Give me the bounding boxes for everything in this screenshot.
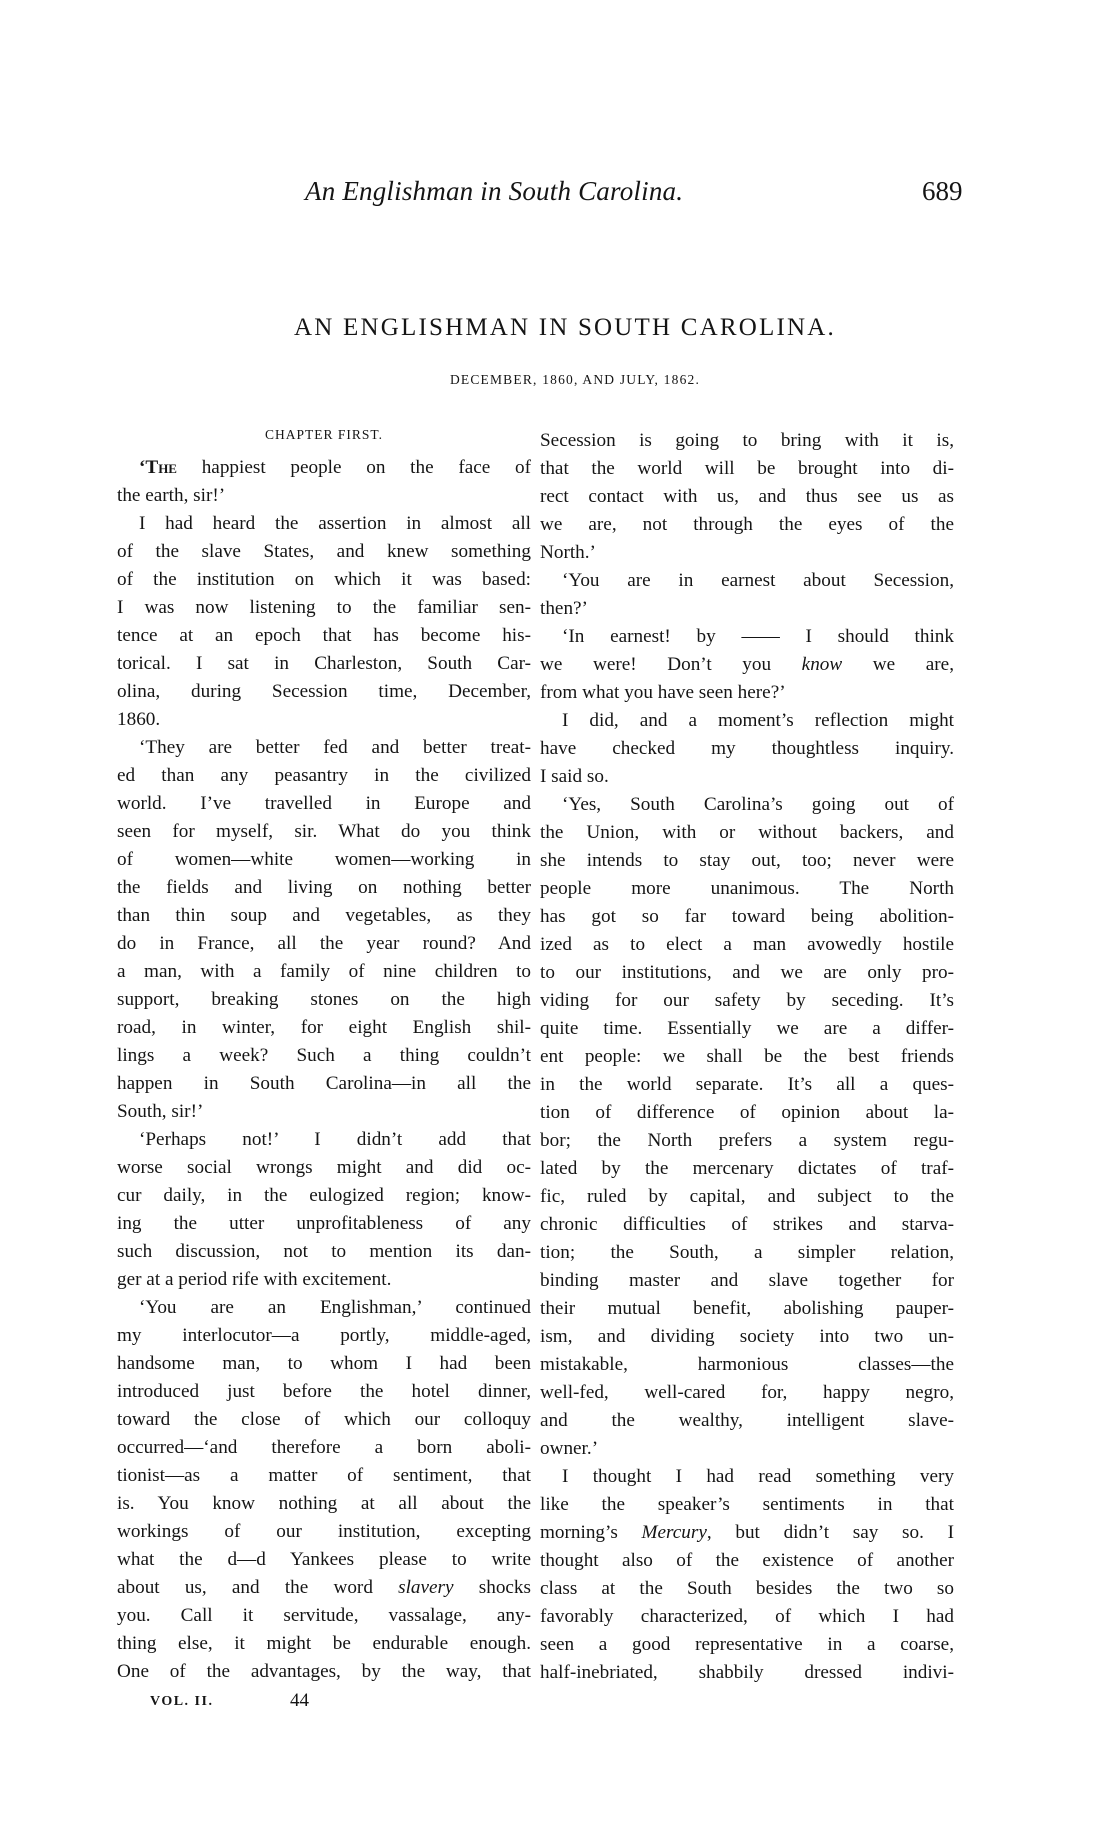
text-line: I was now listening to the familiar sen- bbox=[117, 594, 531, 622]
text-line: owner.’ bbox=[540, 1435, 954, 1463]
text-line: you. Call it servitude, vassalage, any- bbox=[117, 1602, 531, 1630]
text-line: handsome man, to whom I had been bbox=[117, 1350, 531, 1378]
text-line: of the institution on which it was based… bbox=[117, 566, 531, 594]
text-line: such discussion, not to mention its dan- bbox=[117, 1238, 531, 1266]
text-line: toward the close of which our colloquy bbox=[117, 1406, 531, 1434]
text-line: ‘You are in earnest about Secession, bbox=[540, 567, 954, 595]
text-line: is. You know nothing at all about the bbox=[117, 1490, 531, 1518]
text-line: we are, not through the eyes of the bbox=[540, 511, 954, 539]
text-line: worse social wrongs might and did oc- bbox=[117, 1154, 531, 1182]
text-line: then?’ bbox=[540, 595, 954, 623]
text-line: than thin soup and vegetables, as they bbox=[117, 902, 531, 930]
text-line: I thought I had read something very bbox=[540, 1463, 954, 1491]
text-line: ent people: we shall be the best friends bbox=[540, 1043, 954, 1071]
text-line: 1860. bbox=[117, 706, 531, 734]
text-line: has got so far toward being abolition- bbox=[540, 903, 954, 931]
text-line: ing the utter unprofitableness of any bbox=[117, 1210, 531, 1238]
text-line: I had heard the assertion in almost all bbox=[117, 510, 531, 538]
text-line: thought also of the existence of another bbox=[540, 1547, 954, 1575]
text-line: seen a good representative in a coarse, bbox=[540, 1631, 954, 1659]
text-line: ized as to elect a man avowedly hostile bbox=[540, 931, 954, 959]
text-line: like the speaker’s sentiments in that bbox=[540, 1491, 954, 1519]
text-line: I did, and a moment’s reflection might bbox=[540, 707, 954, 735]
text-line: tionist—as a matter of sentiment, that bbox=[117, 1462, 531, 1490]
text-line: of women—white women—working in bbox=[117, 846, 531, 874]
text-line: do in France, all the year round? And bbox=[117, 930, 531, 958]
text-line: seen for myself, sir. What do you think bbox=[117, 818, 531, 846]
text-line: of the slave States, and knew something bbox=[117, 538, 531, 566]
text-line: morning’s Mercury, but didn’t say so. I bbox=[540, 1519, 954, 1547]
text-line: lated by the mercenary dictates of traf- bbox=[540, 1155, 954, 1183]
text-line: ‘The happiest people on the face of bbox=[117, 454, 531, 482]
italic-emphasis: know bbox=[802, 654, 843, 675]
drop-lead-word: ‘The bbox=[139, 457, 202, 478]
text-line: world. I’ve travelled in Europe and bbox=[117, 790, 531, 818]
text-line: tence at an epoch that has become his- bbox=[117, 622, 531, 650]
text-line: road, in winter, for eight English shil- bbox=[117, 1014, 531, 1042]
text-line: fic, ruled by capital, and subject to th… bbox=[540, 1183, 954, 1211]
text-line: chronic difficulties of strikes and star… bbox=[540, 1211, 954, 1239]
right-text-column: Secession is going to bring with it is,t… bbox=[540, 427, 954, 1687]
text-line: quite time. Essentially we are a differ- bbox=[540, 1015, 954, 1043]
text-line: their mutual benefit, abolishing pauper- bbox=[540, 1295, 954, 1323]
text-line: lings a week? Such a thing couldn’t bbox=[117, 1042, 531, 1070]
text-line: Secession is going to bring with it is, bbox=[540, 427, 954, 455]
running-title: An Englishman in South Carolina. bbox=[305, 176, 683, 207]
text-line: I said so. bbox=[540, 763, 954, 791]
signature-mark: 44 bbox=[290, 1690, 309, 1712]
text-line: binding master and slave together for bbox=[540, 1267, 954, 1295]
text-line: mistakable, harmonious classes—the bbox=[540, 1351, 954, 1379]
text-line: happen in South Carolina—in all the bbox=[117, 1070, 531, 1098]
text-line: viding for our safety by seceding. It’s bbox=[540, 987, 954, 1015]
text-line: workings of our institution, excepting bbox=[117, 1518, 531, 1546]
text-line: about us, and the word slavery shocks bbox=[117, 1574, 531, 1602]
text-line: cur daily, in the eulogized region; know… bbox=[117, 1182, 531, 1210]
text-line: the fields and living on nothing better bbox=[117, 874, 531, 902]
text-line: we were! Don’t you know we are, bbox=[540, 651, 954, 679]
text-line: tion; the South, a simpler relation, bbox=[540, 1239, 954, 1267]
article-dates: DECEMBER, 1860, AND JULY, 1862. bbox=[0, 372, 1120, 388]
text-line: from what you have seen here?’ bbox=[540, 679, 954, 707]
page-number: 689 bbox=[922, 176, 963, 207]
text-line: the Union, with or without backers, and bbox=[540, 819, 954, 847]
text-line: well-fed, well-cared for, happy negro, bbox=[540, 1379, 954, 1407]
text-line: in the world separate. It’s all a ques- bbox=[540, 1071, 954, 1099]
text-line: tion of difference of opinion about la- bbox=[540, 1099, 954, 1127]
text-line: class at the South besides the two so bbox=[540, 1575, 954, 1603]
text-line: my interlocutor—a portly, middle-aged, bbox=[117, 1322, 531, 1350]
text-line: ‘Yes, South Carolina’s going out of bbox=[540, 791, 954, 819]
text-line: ism, and dividing society into two un- bbox=[540, 1323, 954, 1351]
text-line: that the world will be brought into di- bbox=[540, 455, 954, 483]
text-line: ger at a period rife with excitement. bbox=[117, 1266, 531, 1294]
text-line: ‘In earnest! by —— I should think bbox=[540, 623, 954, 651]
text-line: have checked my thoughtless inquiry. bbox=[540, 735, 954, 763]
text-line: people more unanimous. The North bbox=[540, 875, 954, 903]
text-line: occurred—‘and therefore a born aboli- bbox=[117, 1434, 531, 1462]
text-line: ‘Perhaps not!’ I didn’t add that bbox=[117, 1126, 531, 1154]
text-line: olina, during Secession time, December, bbox=[117, 678, 531, 706]
text-line: torical. I sat in Charleston, South Car- bbox=[117, 650, 531, 678]
article-title: AN ENGLISHMAN IN SOUTH CAROLINA. bbox=[0, 314, 1120, 342]
text-line: North.’ bbox=[540, 539, 954, 567]
italic-emphasis: Mercury bbox=[642, 1522, 707, 1543]
text-line: rect contact with us, and thus see us as bbox=[540, 483, 954, 511]
text-line: ‘You are an Englishman,’ continued bbox=[117, 1294, 531, 1322]
text-line: the earth, sir!’ bbox=[117, 482, 531, 510]
text-line: One of the advantages, by the way, that bbox=[117, 1658, 531, 1686]
text-line: introduced just before the hotel dinner, bbox=[117, 1378, 531, 1406]
text-line: support, breaking stones on the high bbox=[117, 986, 531, 1014]
left-text-column: ‘The happiest people on the face ofthe e… bbox=[117, 454, 531, 1686]
text-line: half-inebriated, shabbily dressed indivi… bbox=[540, 1659, 954, 1687]
text-line: bor; the North prefers a system regu- bbox=[540, 1127, 954, 1155]
text-line: to our institutions, and we are only pro… bbox=[540, 959, 954, 987]
text-line: favorably characterized, of which I had bbox=[540, 1603, 954, 1631]
text-line: what the d—d Yankees please to write bbox=[117, 1546, 531, 1574]
volume-label: VOL. II. bbox=[150, 1694, 213, 1710]
text-line: a man, with a family of nine children to bbox=[117, 958, 531, 986]
italic-emphasis: slavery bbox=[398, 1577, 453, 1598]
text-line: ‘They are better fed and better treat- bbox=[117, 734, 531, 762]
text-line: and the wealthy, intelligent slave- bbox=[540, 1407, 954, 1435]
chapter-heading: CHAPTER FIRST. bbox=[117, 427, 531, 443]
running-head: An Englishman in South Carolina. 689 bbox=[0, 176, 1120, 210]
text-line: thing else, it might be endurable enough… bbox=[117, 1630, 531, 1658]
text-line: ed than any peasantry in the civilized bbox=[117, 762, 531, 790]
text-line: South, sir!’ bbox=[117, 1098, 531, 1126]
text-line: she intends to stay out, too; never were bbox=[540, 847, 954, 875]
